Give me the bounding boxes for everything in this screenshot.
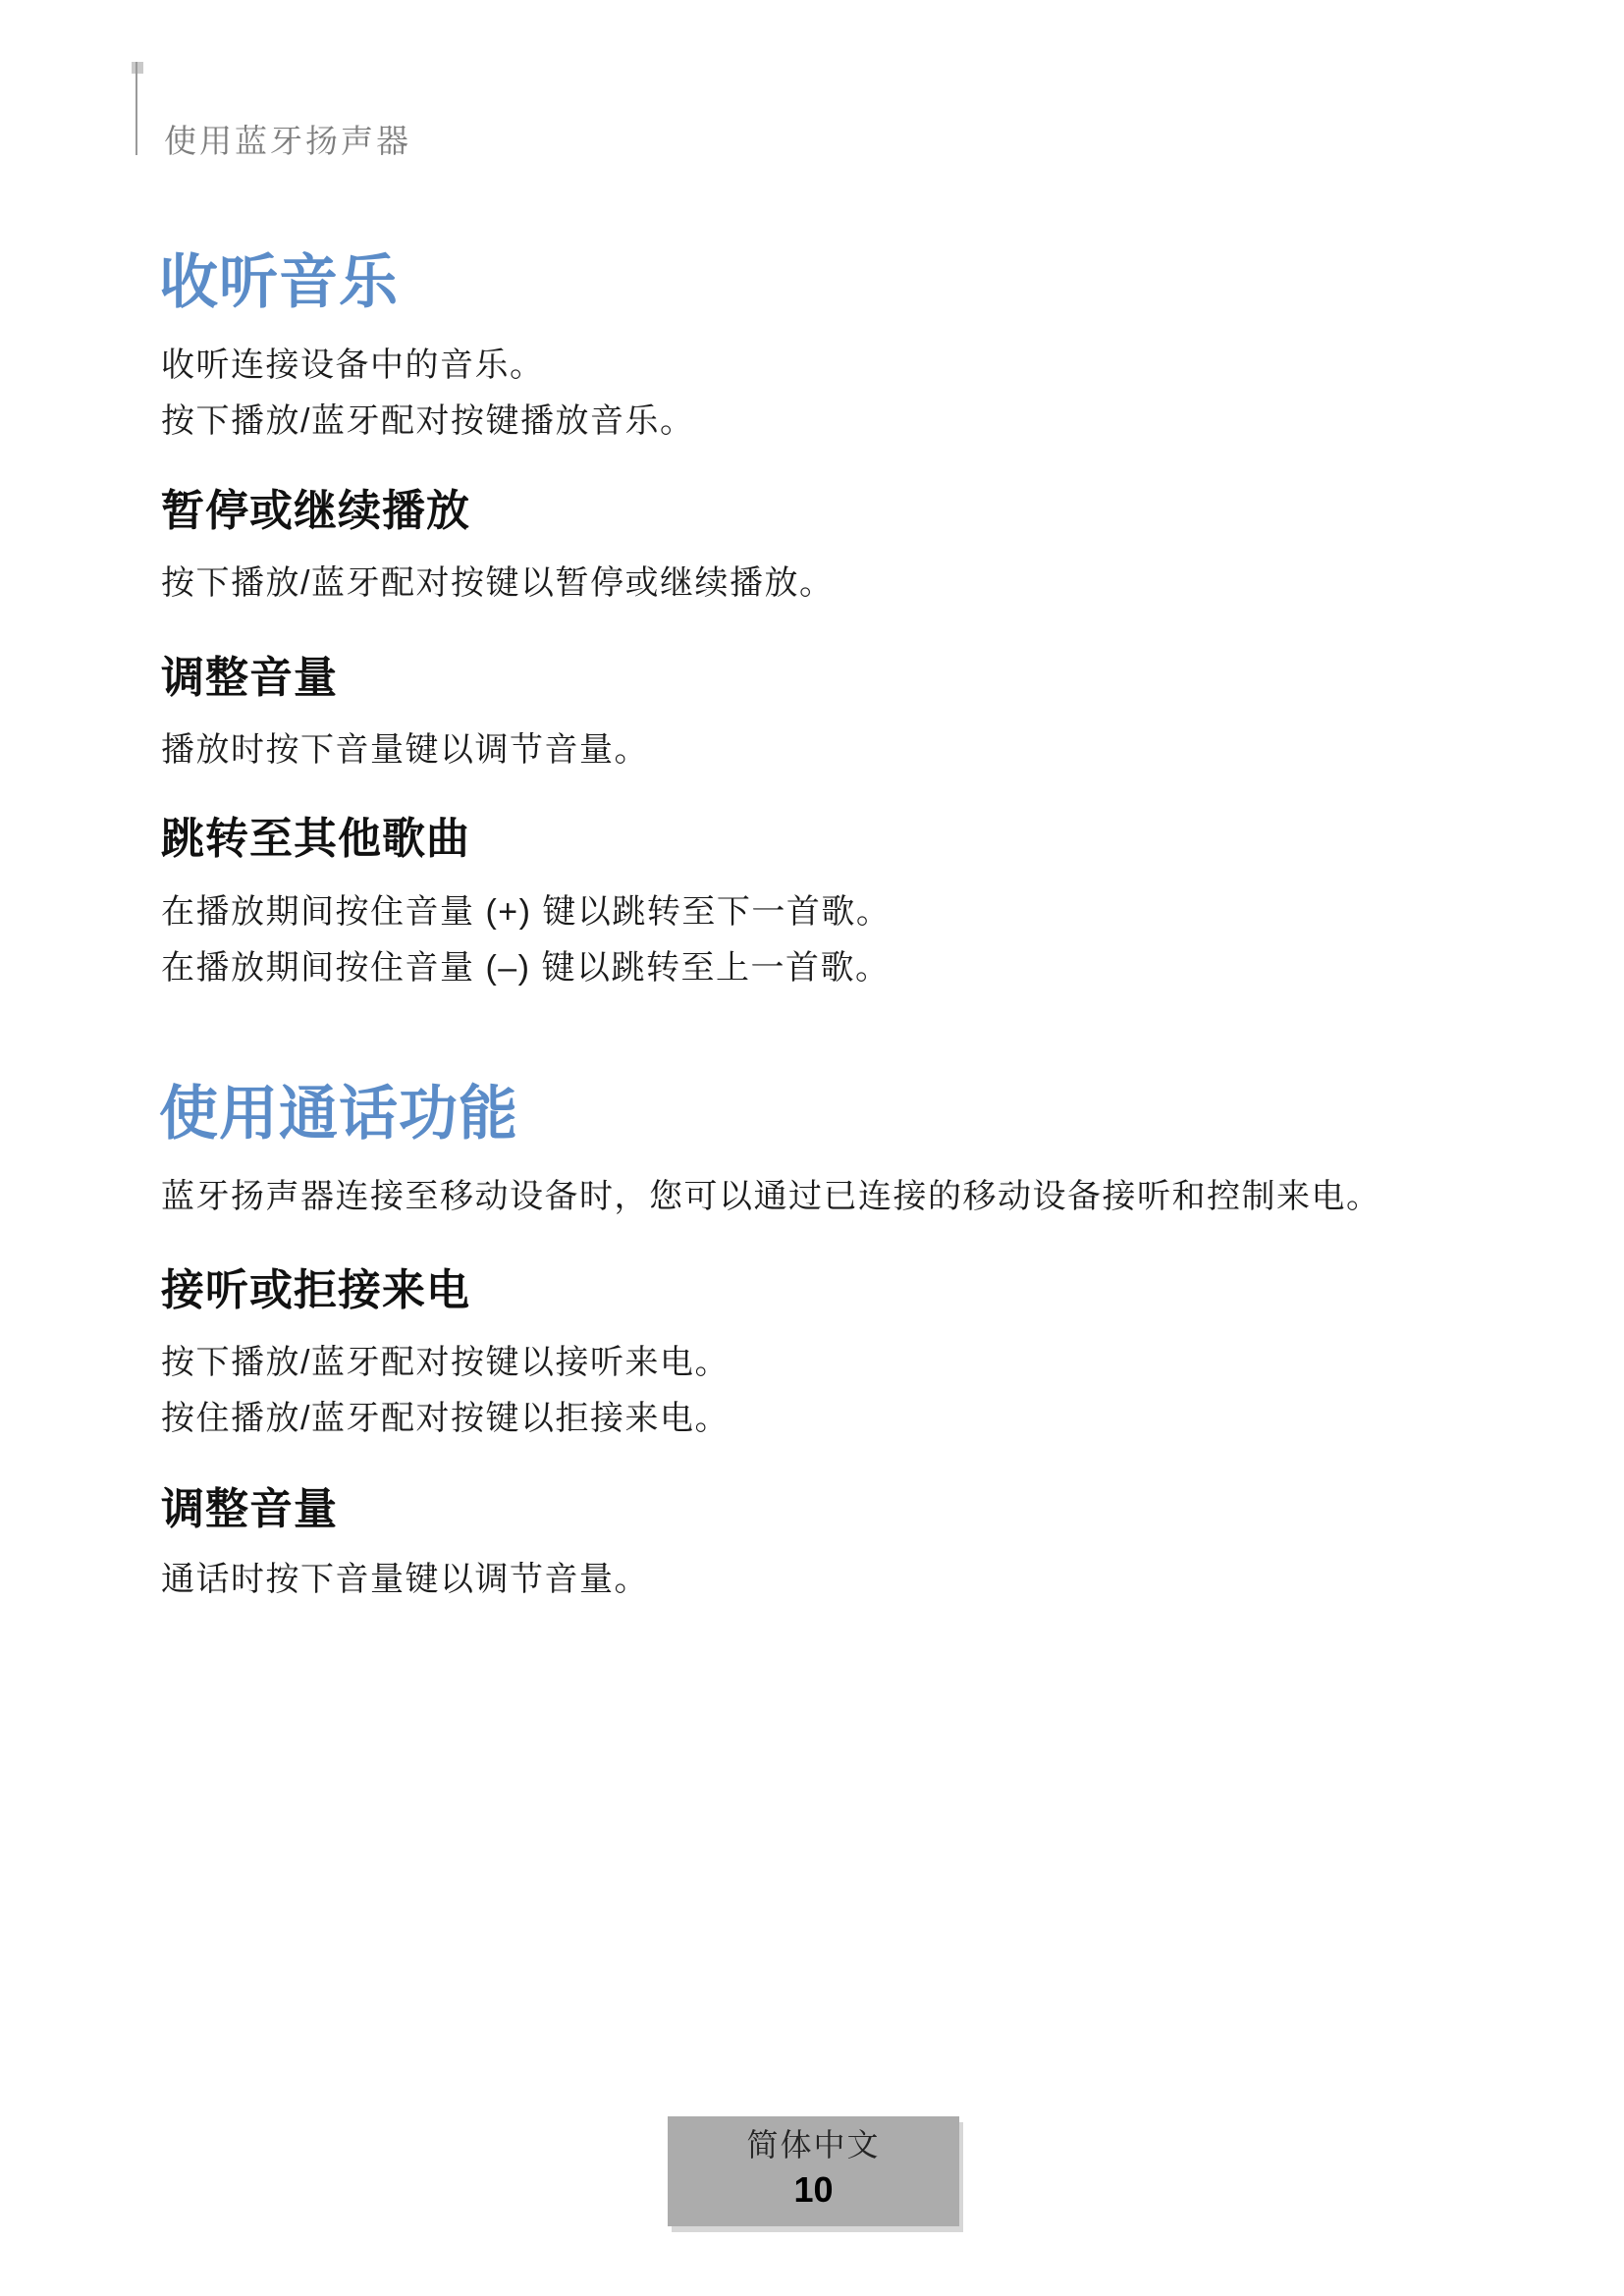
subheading-pause-resume: 暂停或继续播放	[161, 490, 470, 533]
page-edge-line	[135, 62, 137, 155]
paragraph-skip-songs: 在播放期间按住音量 (+) 键以跳转至下一首歌。 在播放期间按住音量 (–) 键…	[161, 884, 891, 996]
footer-plate: 简体中文 10	[668, 2116, 959, 2226]
paragraph-adjust-volume-music: 播放时按下音量键以调节音量。	[161, 722, 649, 778]
paragraph-answer-reject-call: 按下播放/蓝牙配对按键以接听来电。 按住播放/蓝牙配对按键以拒接来电。	[161, 1335, 730, 1447]
paragraph-adjust-volume-call: 通话时按下音量键以调节音量。	[161, 1552, 649, 1608]
section-title-listen-music: 收听音乐	[159, 253, 399, 312]
footer-language-label: 简体中文	[746, 2128, 880, 2163]
paragraph-listen-intro-line2: 按下播放/蓝牙配对按键播放音乐。	[161, 394, 694, 450]
page-edge-square	[132, 62, 143, 74]
paragraph-call-intro: 蓝牙扬声器连接至移动设备时，您可以通过已连接的移动设备接听和控制来电。	[161, 1169, 1381, 1225]
subheading-skip-songs: 跳转至其他歌曲	[161, 818, 470, 861]
paragraph-listen-intro-line1: 收听连接设备中的音乐。	[161, 338, 545, 394]
footer-page-number: 10	[793, 2170, 833, 2210]
subheading-adjust-volume-music: 调整音量	[161, 657, 338, 700]
section-title-call-features: 使用通话功能	[159, 1085, 518, 1144]
paragraph-pause-resume: 按下播放/蓝牙配对按键以暂停或继续播放。	[161, 556, 834, 612]
running-header: 使用蓝牙扬声器	[164, 125, 411, 157]
subheading-answer-reject-call: 接听或拒接来电	[161, 1269, 470, 1312]
subheading-adjust-volume-call: 调整音量	[161, 1488, 338, 1531]
